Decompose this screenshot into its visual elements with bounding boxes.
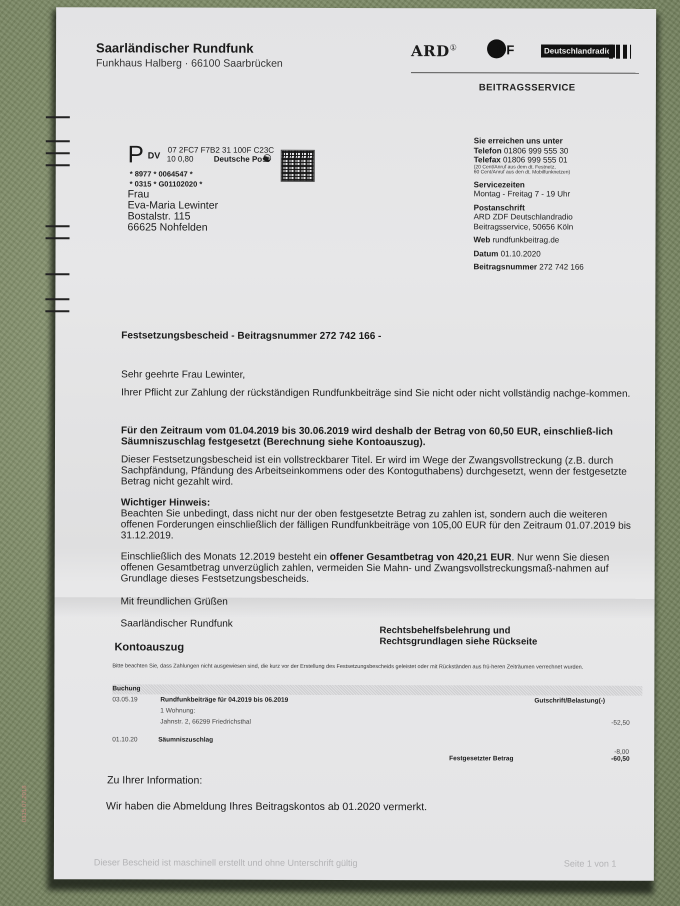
recipient-address: Frau Eva-Maria Lewinter Bostalstr. 115 6… xyxy=(128,189,219,233)
reference-line-2: * 0315 * G01102020 * xyxy=(130,179,203,188)
service-hours: Montag - Freitag 7 - 19 Uhr xyxy=(474,189,644,199)
notice-text: Beachten Sie unbedingt, dass nicht nur d… xyxy=(121,508,641,542)
paragraph-amount: Für den Zeitraum vom 01.04.2019 bis 30.0… xyxy=(121,425,641,448)
recipient-city: 66625 Nohfelden xyxy=(128,222,218,233)
account-number-line: Beitragsnummer 272 742 166 xyxy=(473,262,643,272)
info-text: Wir haben die Abmeldung Ihres Beitragsko… xyxy=(106,800,427,813)
postal-line-2: Beitragsservice, 50656 Köln xyxy=(474,222,644,232)
logo-divider xyxy=(411,72,639,74)
contact-heading: Sie erreichen uns unter xyxy=(474,136,644,146)
statement-note: Bitte beachten Sie, dass Zahlungen nicht… xyxy=(112,663,647,671)
info-heading: Zu Ihrer Information: xyxy=(107,774,202,786)
postage-p-mark: P xyxy=(128,141,144,169)
total-label: Festgesetzter Betrag xyxy=(449,755,513,762)
greeting: Sehr geehrte Frau Lewinter, xyxy=(121,369,641,381)
fold-mark xyxy=(46,164,70,166)
postage-code: 07 2FC7 F7B2 31 100F C23C xyxy=(168,146,274,155)
deutschlandradio-logo: Deutschlandradio xyxy=(541,44,615,57)
deutschlandradio-bars-icon xyxy=(609,45,631,59)
fold-mark xyxy=(45,310,69,312)
legal-notice: Rechtsbehelfsbelehrung und Rechtsgrundla… xyxy=(379,625,537,647)
total-amount: -60,50 xyxy=(611,756,629,763)
important-notice: Wichtiger Hinweis: Beachten Sie unbeding… xyxy=(121,497,641,542)
form-code: 0315 07.2018 xyxy=(22,785,28,822)
table-row-title: Säumniszuschlag xyxy=(158,736,213,743)
letter-subject: Festsetzungsbescheid - Beitragsnummer 27… xyxy=(121,330,381,342)
table-row-title: Rundfunkbeiträge für 04.2019 bis 06.2019 xyxy=(160,696,288,703)
reference-line-1: * 8977 * 0064547 * xyxy=(130,169,193,178)
column-amount: Gutschrift/Belastung(-) xyxy=(534,697,605,704)
letter-page: Saarländischer Rundfunk Funkhaus Halberg… xyxy=(54,7,656,881)
phone-line: Telefon 01806 999 555 30 xyxy=(474,146,644,156)
statement-header-bar xyxy=(112,684,642,695)
table-row-date: 03.05.19 xyxy=(112,696,137,703)
fold-mark xyxy=(45,298,69,300)
table-row-amount: -8,00 xyxy=(614,749,629,756)
fold-mark xyxy=(46,225,70,227)
table-row-detail: Jahnstr. 2, 66299 Friedrichsthal xyxy=(160,718,251,725)
table-row-date: 01.10.20 xyxy=(112,736,137,743)
statement-title: Kontoauszug xyxy=(114,641,184,653)
paragraph-enforceable: Dieser Festsetzungsbescheid ist ein voll… xyxy=(121,454,641,488)
sender-name: Saarländischer Rundfunk xyxy=(96,40,254,55)
postal-line-1: ARD ZDF Deutschlandradio xyxy=(474,212,644,222)
table-row-amount: -52,50 xyxy=(611,720,629,727)
carrier-name: Deutsche Post xyxy=(214,155,270,164)
postage-dv: DV xyxy=(148,150,161,160)
paragraph-total: Einschließlich des Monats 12.2019 besteh… xyxy=(121,551,641,585)
contact-block: Sie erreichen uns unter Telefon 01806 99… xyxy=(473,136,643,272)
beitragsservice-label: BEITRAGSSERVICE xyxy=(479,82,576,93)
fold-mark xyxy=(46,237,70,239)
postage-amount: 10 0,80 xyxy=(167,155,194,164)
ard-logo: ARD① xyxy=(411,42,457,60)
datamatrix-code xyxy=(282,151,314,181)
fold-mark xyxy=(46,140,70,142)
sender-address: Funkhaus Halberg · 66100 Saarbrücken xyxy=(96,57,283,69)
web-line: Web rundfunkbeitrag.de xyxy=(474,235,644,245)
column-booking: Buchung xyxy=(112,685,140,692)
paragraph-obligation: Ihrer Pflicht zur Zahlung der rückständi… xyxy=(121,387,641,399)
table-row-detail: 1 Wohnung: xyxy=(160,707,195,714)
broadcaster-logos: ARD① DF Deutschlandradio BEITRAGSSERVICE xyxy=(411,38,639,99)
page-number: Seite 1 von 1 xyxy=(564,859,617,869)
post-horn-icon: ☯ xyxy=(263,154,272,165)
service-hours-label: Servicezeiten xyxy=(474,180,644,190)
postal-label: Postanschrift xyxy=(474,203,644,213)
closing: Mit freundlichen Grüßen xyxy=(121,596,641,608)
fold-mark xyxy=(45,273,69,275)
fold-mark xyxy=(46,152,70,154)
zdf-logo-text: DF xyxy=(497,42,514,57)
machine-note: Dieser Bescheid ist maschinell erstellt … xyxy=(94,857,358,868)
total-outstanding: offener Gesamtbetrag von 420,21 EUR xyxy=(330,552,512,563)
date-line: Datum 01.10.2020 xyxy=(473,249,643,259)
fold-mark xyxy=(46,116,70,118)
